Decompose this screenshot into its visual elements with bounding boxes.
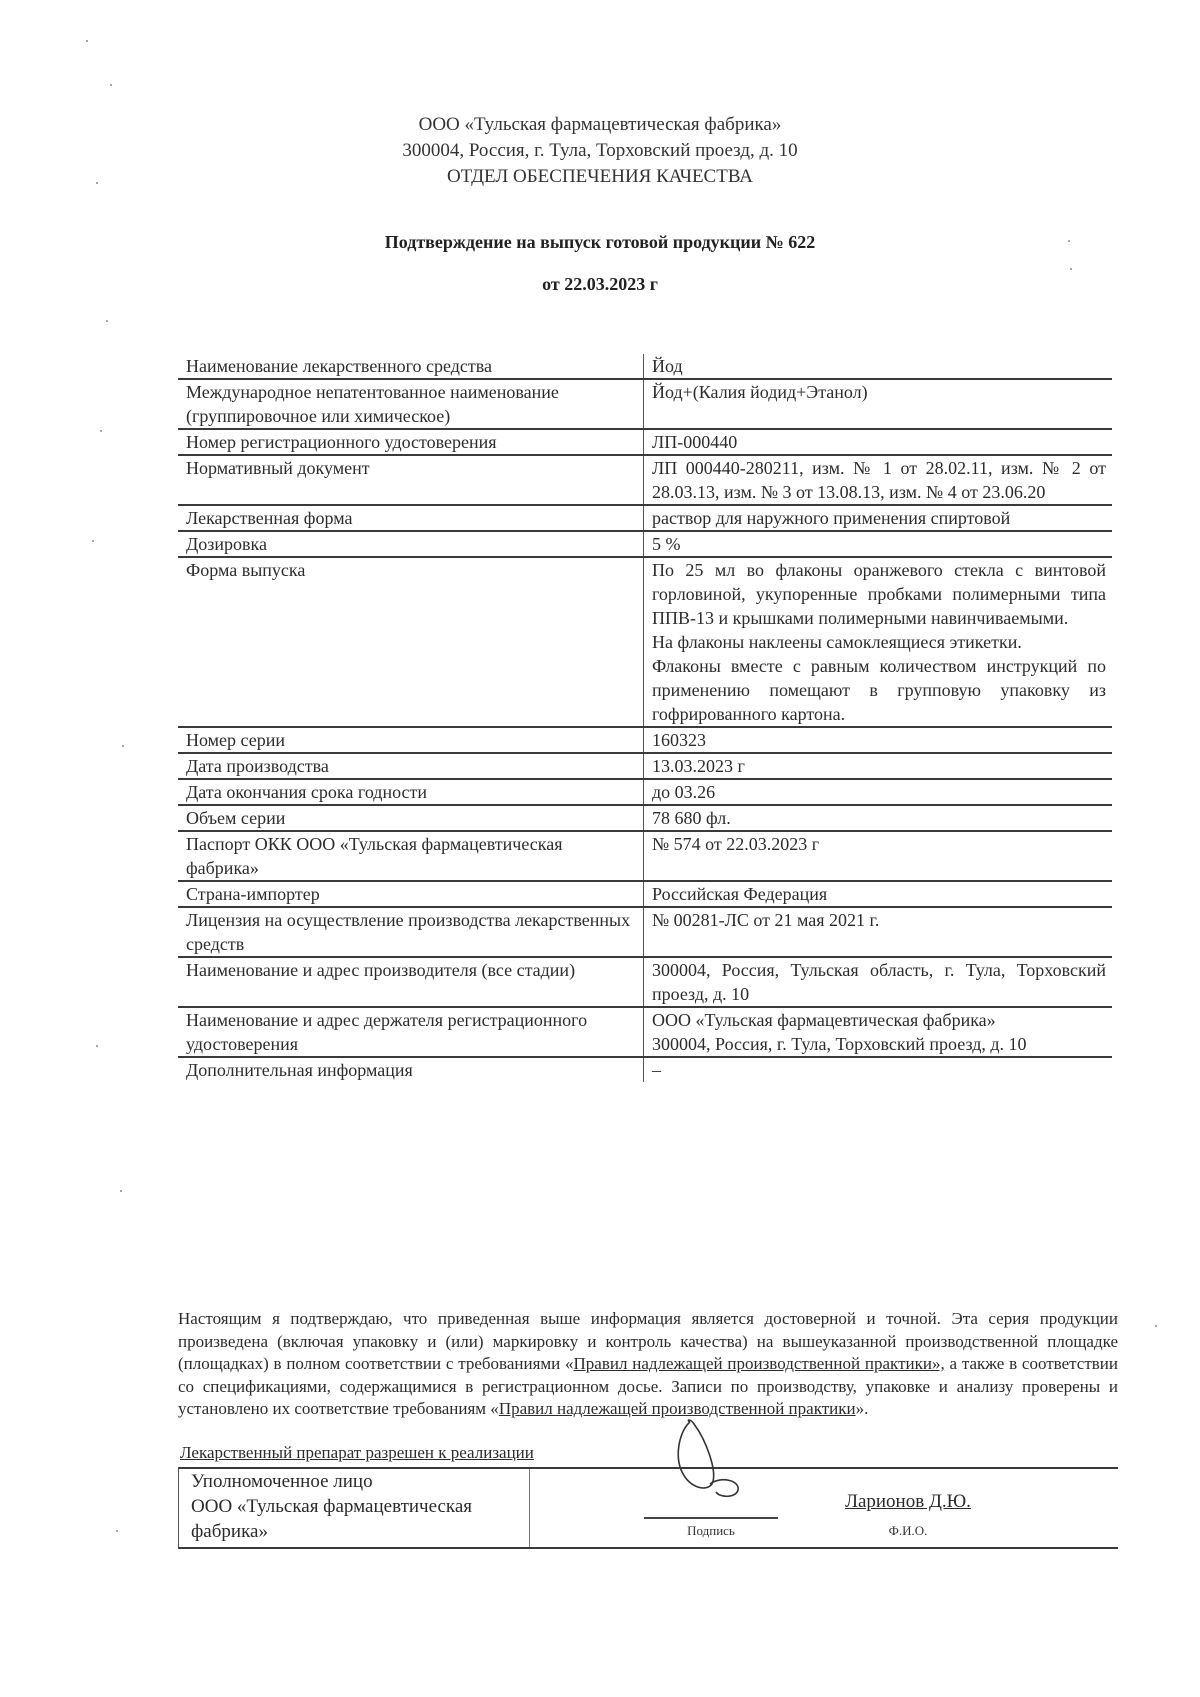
- gmp-reference-1: Правил надлежащей производственной практ…: [574, 1354, 945, 1373]
- field-label: Дата производства: [178, 753, 644, 779]
- scan-speck: [116, 1530, 118, 1532]
- field-label: Дозировка: [178, 531, 644, 557]
- scan-speck: [92, 540, 94, 542]
- product-info-table: Наименование лекарственного средстваЙодМ…: [178, 354, 1112, 1082]
- table-row: Наименование и адрес держателя регистрац…: [178, 1007, 1112, 1057]
- field-value-line: раствор для наружного применения спиртов…: [652, 506, 1106, 530]
- scan-speck: [1155, 1325, 1157, 1327]
- field-value-line: Йод: [652, 354, 1106, 378]
- field-label: Номер регистрационного удостоверения: [178, 429, 644, 455]
- field-value-line: Российская Федерация: [652, 882, 1106, 906]
- field-value: 78 680 фл.: [644, 805, 1113, 831]
- table-row: Дата производства13.03.2023 г: [178, 753, 1112, 779]
- field-value-line: № 574 от 22.03.2023 г: [652, 832, 1106, 856]
- field-value: ООО «Тульская фармацевтическая фабрика»3…: [644, 1007, 1113, 1057]
- authorized-org-line-1: ООО «Тульская фармацевтическая: [191, 1494, 529, 1519]
- letterhead: ООО «Тульская фармацевтическая фабрика» …: [0, 112, 1200, 190]
- declaration-part-3: ».: [856, 1399, 869, 1418]
- field-label: Международное непатентованное наименован…: [178, 379, 644, 429]
- field-value: ЛП 000440-280211, изм. № 1 от 28.02.11, …: [644, 455, 1113, 505]
- table-row: Страна-импортерРоссийская Федерация: [178, 881, 1112, 907]
- table-row: Дозировка5 %: [178, 531, 1112, 557]
- scan-speck: [120, 1190, 122, 1192]
- field-label: Дополнительная информация: [178, 1057, 644, 1082]
- field-value-line: № 00281-ЛС от 21 мая 2021 г.: [652, 908, 1106, 932]
- table-row: Дата окончания срока годностидо 03.26: [178, 779, 1112, 805]
- field-value-line: ЛП 000440-280211, изм. № 1 от 28.02.11, …: [652, 456, 1106, 504]
- scan-speck: [1070, 268, 1072, 270]
- table-row: Международное непатентованное наименован…: [178, 379, 1112, 429]
- field-label: Дата окончания срока годности: [178, 779, 644, 805]
- authorized-org-line-2: фабрика»: [191, 1519, 529, 1544]
- field-value: 160323: [644, 727, 1113, 753]
- field-value-line: –: [652, 1058, 1106, 1082]
- document-title: Подтверждение на выпуск готовой продукци…: [0, 232, 1200, 253]
- handwritten-signature-icon: [660, 1410, 780, 1520]
- field-label: Объем серии: [178, 805, 644, 831]
- field-label: Паспорт ОКК ООО «Тульская фармацевтическ…: [178, 831, 644, 881]
- org-name: ООО «Тульская фармацевтическая фабрика»: [0, 112, 1200, 138]
- release-approved-text: Лекарственный препарат разрешен к реализ…: [180, 1443, 534, 1463]
- table-row: Наименование и адрес производителя (все …: [178, 957, 1112, 1007]
- field-value-line: до 03.26: [652, 780, 1106, 804]
- scan-speck: [106, 320, 108, 322]
- table-row: Лекарственная формараствор для наружного…: [178, 505, 1112, 531]
- field-value-line: 300004, Россия, Тульская область, г. Тул…: [652, 958, 1106, 1006]
- field-value-line: 160323: [652, 728, 1106, 752]
- org-address: 300004, Россия, г. Тула, Торховский прое…: [0, 138, 1200, 164]
- field-label: Нормативный документ: [178, 455, 644, 505]
- field-value-line: На флаконы наклеены самоклеящиеся этикет…: [652, 630, 1106, 654]
- field-label: Наименование и адрес держателя регистрац…: [178, 1007, 644, 1057]
- field-value-line: Флаконы вместе с равным количеством инст…: [652, 654, 1106, 726]
- field-value-line: ООО «Тульская фармацевтическая фабрика»: [652, 1008, 1106, 1032]
- signature-label: Подпись: [644, 1523, 778, 1539]
- authorized-person: Уполномоченное лицо ООО «Тульская фармац…: [178, 1469, 530, 1547]
- table-row: Объем серии78 680 фл.: [178, 805, 1112, 831]
- table-row: Номер серии160323: [178, 727, 1112, 753]
- field-label: Наименование и адрес производителя (все …: [178, 957, 644, 1007]
- table-row: Дополнительная информация–: [178, 1057, 1112, 1082]
- table-row: Наименование лекарственного средстваЙод: [178, 354, 1112, 379]
- field-value: раствор для наружного применения спиртов…: [644, 505, 1113, 531]
- table-row: Номер регистрационного удостоверенияЛП-0…: [178, 429, 1112, 455]
- field-value: 5 %: [644, 531, 1113, 557]
- field-value-line: ЛП-000440: [652, 430, 1106, 454]
- field-value: № 00281-ЛС от 21 мая 2021 г.: [644, 907, 1113, 957]
- table-row: Паспорт ОКК ООО «Тульская фармацевтическ…: [178, 831, 1112, 881]
- scan-speck: [86, 40, 88, 42]
- field-value-line: 5 %: [652, 532, 1106, 556]
- declaration-text: Настоящим я подтверждаю, что приведенная…: [178, 1308, 1118, 1421]
- field-value: Йод+(Калия йодид+Этанол): [644, 379, 1113, 429]
- field-value: до 03.26: [644, 779, 1113, 805]
- scan-speck: [122, 745, 124, 747]
- field-value: ЛП-000440: [644, 429, 1113, 455]
- field-value-line: Йод+(Калия йодид+Этанол): [652, 380, 1106, 404]
- scan-speck: [110, 84, 112, 86]
- signer-name-label: Ф.И.О.: [818, 1523, 998, 1539]
- field-value: –: [644, 1057, 1113, 1082]
- authorized-role: Уполномоченное лицо: [191, 1469, 529, 1494]
- field-value: 300004, Россия, Тульская область, г. Тул…: [644, 957, 1113, 1007]
- field-value-line: 300004, Россия, г. Тула, Торховский прое…: [652, 1032, 1106, 1056]
- department-name: ОТДЕЛ ОБЕСПЕЧЕНИЯ КАЧЕСТВА: [0, 164, 1200, 190]
- document-date: от 22.03.2023 г: [0, 274, 1200, 295]
- table-row: Лицензия на осуществление производства л…: [178, 907, 1112, 957]
- field-value: № 574 от 22.03.2023 г: [644, 831, 1113, 881]
- signature-block: Уполномоченное лицо ООО «Тульская фармац…: [178, 1467, 1118, 1549]
- field-label: Страна-импортер: [178, 881, 644, 907]
- field-label: Лицензия на осуществление производства л…: [178, 907, 644, 957]
- field-label: Наименование лекарственного средства: [178, 354, 644, 379]
- field-value-line: По 25 мл во флаконы оранжевого стекла с …: [652, 558, 1106, 630]
- field-label: Номер серии: [178, 727, 644, 753]
- scan-speck: [100, 430, 102, 432]
- field-value: 13.03.2023 г: [644, 753, 1113, 779]
- scan-speck: [96, 1045, 98, 1047]
- table-row: Форма выпускаПо 25 мл во флаконы оранжев…: [178, 557, 1112, 727]
- field-value: Российская Федерация: [644, 881, 1113, 907]
- table-row: Нормативный документЛП 000440-280211, из…: [178, 455, 1112, 505]
- field-value: Йод: [644, 354, 1113, 379]
- field-value: По 25 мл во флаконы оранжевого стекла с …: [644, 557, 1113, 727]
- field-label: Лекарственная форма: [178, 505, 644, 531]
- field-value-line: 78 680 фл.: [652, 806, 1106, 830]
- signer-name: Ларионов Д.Ю.: [818, 1491, 998, 1513]
- field-label: Форма выпуска: [178, 557, 644, 727]
- field-value-line: 13.03.2023 г: [652, 754, 1106, 778]
